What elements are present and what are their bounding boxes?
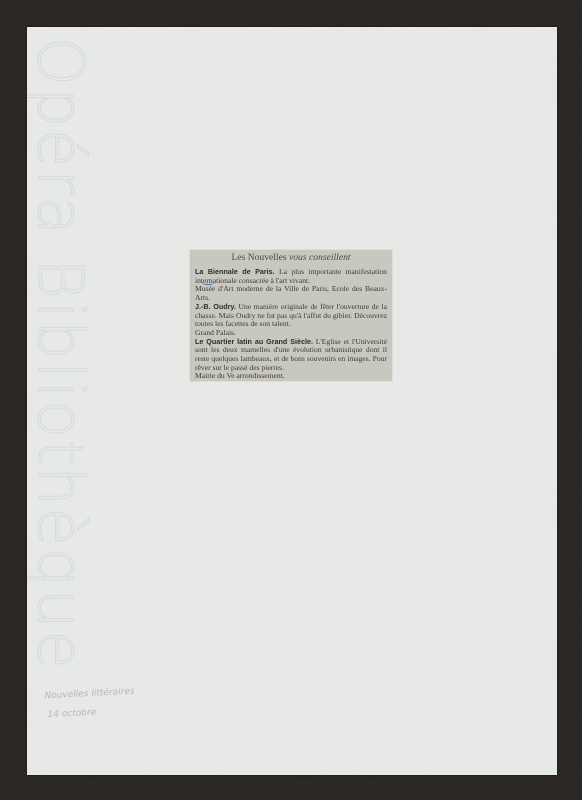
document-page: Opéra Bibliothèque Les Nouvelles vous co… xyxy=(27,27,557,775)
watermark-text: Opéra Bibliothèque xyxy=(27,37,97,757)
item-heading: Le Quartier latin au Grand Siècle. xyxy=(195,337,313,346)
item-heading: La Biennale de Paris. xyxy=(195,267,275,276)
clipping-item: J.-B. Oudry. Une manière originale de fê… xyxy=(195,303,387,329)
clipping-title: Les Nouvelles vous conseillent xyxy=(195,252,387,264)
blue-ink-underline-mark xyxy=(202,281,214,285)
item-venue: Mairie du Ve arrondissement. xyxy=(195,372,387,381)
newspaper-clipping: Les Nouvelles vous conseillent La Bienna… xyxy=(190,250,392,381)
handwritten-date: 14 octobre xyxy=(45,702,136,726)
clipping-title-italic: vous conseillent xyxy=(289,252,351,263)
clipping-title-prefix: Les Nouvelles xyxy=(231,252,286,263)
handwritten-annotation: Nouvelles littéraires 14 octobre xyxy=(44,683,136,726)
item-venue: Musée d'Art moderne de la Ville de Paris… xyxy=(195,285,387,302)
clipping-item: La Biennale de Paris. La plus importante… xyxy=(195,268,387,285)
clipping-item: Le Quartier latin au Grand Siècle. L'Egl… xyxy=(195,338,387,373)
item-heading: J.-B. Oudry. xyxy=(195,302,236,311)
